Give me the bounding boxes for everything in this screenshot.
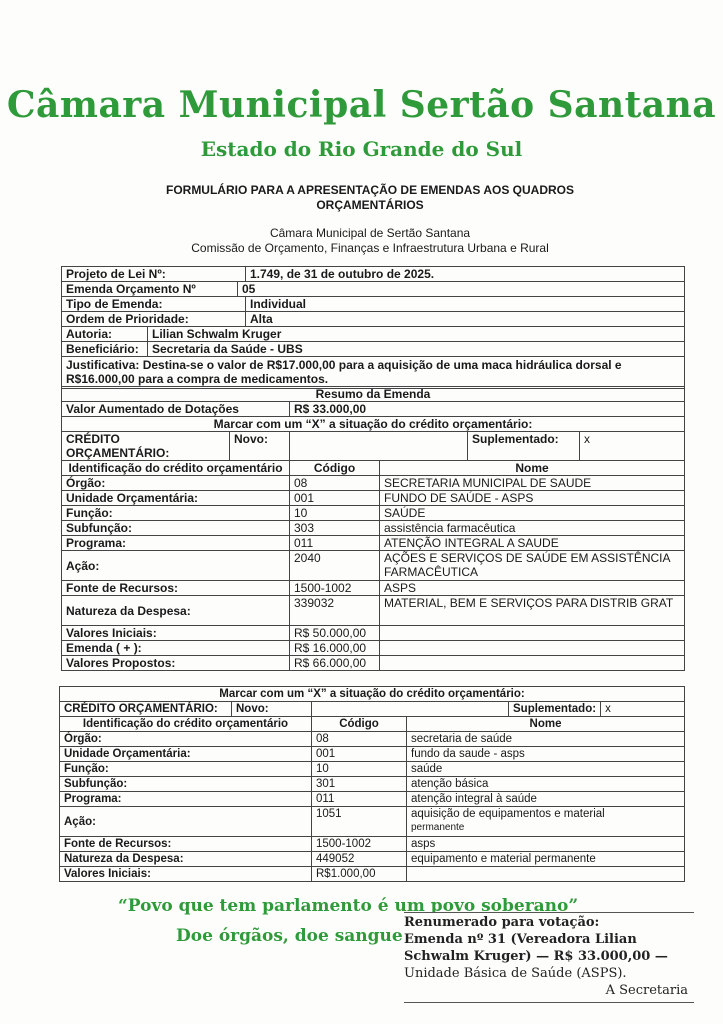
ordem-value: Alta [246, 312, 685, 327]
row-codigo: 303 [290, 521, 380, 536]
row-label: Função: [62, 506, 290, 521]
suplementado-label: Suplementado: [509, 702, 601, 717]
table-row: Marcar com um “X” a situação do crédito … [60, 687, 685, 702]
stamp-line3: Schwalm Kruger) — R$ 33.000,00 — [404, 948, 694, 965]
autoria-value: Lilian Schwalm Kruger [148, 327, 685, 342]
table-row: Justificativa: Destina-se o valor de R$1… [62, 357, 685, 389]
novo-checkbox[interactable] [312, 702, 509, 717]
row-nome [407, 867, 685, 882]
row-label: Emenda ( + ): [62, 641, 290, 656]
row-codigo: R$ 16.000,00 [290, 641, 380, 656]
row-nome: aquisição de equipamentos e materialperm… [407, 807, 685, 837]
table-row: Valor Aumentado de Dotações R$ 33.000,00 [62, 402, 685, 417]
row-label: Natureza da Despesa: [60, 852, 312, 867]
stamp-line2: Emenda nº 31 (Vereadora Lilian [404, 931, 694, 948]
motto-line2: Doe órgãos, doe sangue: [176, 926, 409, 946]
row-nome-line1: aquisição de equipamentos e material [411, 807, 680, 821]
row-label: Subfunção: [62, 521, 290, 536]
row-nome [380, 656, 685, 671]
col-nome-header: Nome [380, 461, 685, 476]
form-title: FORMULÁRIO PARA A APRESENTAÇÃO DE EMENDA… [150, 183, 590, 213]
form-title-line1: FORMULÁRIO PARA A APRESENTAÇÃO DE EMENDA… [150, 183, 590, 198]
table-row: Subfunção:303assistência farmacêutica [62, 521, 685, 536]
row-codigo: R$ 50.000,00 [290, 626, 380, 641]
chamber-title: Câmara Municipal Sertão Santana [0, 84, 723, 126]
row-label: Ação: [60, 807, 312, 837]
col-ident-header: Identificação do crédito orçamentário [62, 461, 290, 476]
stamp-divider [404, 1002, 694, 1003]
row-codigo: R$ 66.000,00 [290, 656, 380, 671]
row-label: Valores Iniciais: [60, 867, 312, 882]
amendment-info-table: Projeto de Lei Nº: 1.749, de 31 de outub… [61, 266, 685, 389]
row-codigo: 011 [312, 792, 407, 807]
state-subtitle: Estado do Rio Grande do Sul [0, 137, 723, 161]
row-nome: ATENÇÃO INTEGRAL A SAUDE [380, 536, 685, 551]
row-label: Unidade Orçamentária: [62, 491, 290, 506]
row-codigo: 011 [290, 536, 380, 551]
suplementado-label: Suplementado: [468, 432, 580, 461]
row-codigo: 10 [312, 762, 407, 777]
row-nome: SAÚDE [380, 506, 685, 521]
credito-label: CRÉDITO ORÇAMENTÁRIO: [62, 432, 230, 461]
table-row: Natureza da Despesa:449052equipamento e … [60, 852, 685, 867]
row-label: Valores Propostos: [62, 656, 290, 671]
credit-table-1: Resumo da Emenda Valor Aumentado de Dota… [61, 386, 685, 671]
row-nome: fundo da saude - asps [407, 747, 685, 762]
row-codigo: R$1.000,00 [312, 867, 407, 882]
row-nome: assistência farmacêutica [380, 521, 685, 536]
autoria-label: Autoria: [62, 327, 148, 342]
row-nome: atenção integral à saúde [407, 792, 685, 807]
resumo-title: Resumo da Emenda [62, 387, 685, 402]
form-title-line2: ORÇAMENTÁRIOS [150, 198, 590, 213]
row-nome: FUNDO DE SAÚDE - ASPS [380, 491, 685, 506]
projeto-value: 1.749, de 31 de outubro de 2025. [246, 267, 685, 282]
table-row: Fonte de Recursos:1500-1002asps [60, 837, 685, 852]
table-row: Autoria: Lilian Schwalm Kruger [62, 327, 685, 342]
novo-checkbox[interactable] [290, 432, 468, 461]
row-nome-line2: permanente [411, 821, 680, 835]
row-codigo: 1051 [312, 807, 407, 837]
table-row: Tipo de Emenda: Individual [62, 297, 685, 312]
committee-name: Comissão de Orçamento, Finanças e Infrae… [140, 241, 600, 256]
suplementado-checkbox[interactable]: x [601, 702, 685, 717]
table-row: Identificação do crédito orçamentário Có… [62, 461, 685, 476]
row-codigo: 001 [312, 747, 407, 762]
row-codigo: 2040 [290, 551, 380, 581]
col-nome-header: Nome [407, 717, 685, 732]
col-codigo-header: Código [290, 461, 380, 476]
novo-label: Novo: [230, 432, 290, 461]
credito-label: CRÉDITO ORÇAMENTÁRIO: [60, 702, 232, 717]
table-row: Resumo da Emenda [62, 387, 685, 402]
row-nome: MATERIAL, BEM E SERVIÇOS PARA DISTRIB GR… [380, 596, 685, 626]
row-codigo: 001 [290, 491, 380, 506]
table-row: Identificação do crédito orçamentário Có… [60, 717, 685, 732]
tipo-label: Tipo de Emenda: [62, 297, 246, 312]
table-row: Valores Iniciais:R$ 50.000,00 [62, 626, 685, 641]
row-label: Órgão: [62, 476, 290, 491]
row-nome: equipamento e material permanente [407, 852, 685, 867]
emenda-value: 05 [238, 282, 685, 297]
table-row: CRÉDITO ORÇAMENTÁRIO: Novo: Suplementado… [62, 432, 685, 461]
row-codigo: 1500-1002 [290, 581, 380, 596]
row-codigo: 10 [290, 506, 380, 521]
row-nome: atenção básica [407, 777, 685, 792]
valor-aumentado-label: Valor Aumentado de Dotações [62, 402, 290, 417]
table-row: Ação:2040AÇÕES E SERVIÇOS DE SAÚDE EM AS… [62, 551, 685, 581]
row-codigo: 339032 [290, 596, 380, 626]
row-label: Valores Iniciais: [62, 626, 290, 641]
table-row: Órgão:08SECRETARIA MUNICIPAL DE SAUDE [62, 476, 685, 491]
row-label: Programa: [60, 792, 312, 807]
organization-block: Câmara Municipal de Sertão Santana Comis… [140, 226, 600, 256]
row-codigo: 301 [312, 777, 407, 792]
row-nome: AÇÕES E SERVIÇOS DE SAÚDE EM ASSISTÊNCIA… [380, 551, 685, 581]
stamp-signature: A Secretaria [404, 982, 694, 999]
row-codigo: 1500-1002 [312, 837, 407, 852]
table-row: Emenda Orçamento Nº 05 [62, 282, 685, 297]
table-row: Valores Propostos:R$ 66.000,00 [62, 656, 685, 671]
table-row: Função:10saúde [60, 762, 685, 777]
instruction-2: Marcar com um “X” a situação do crédito … [60, 687, 685, 702]
stamp-divider [404, 912, 694, 913]
row-nome: SECRETARIA MUNICIPAL DE SAUDE [380, 476, 685, 491]
row-label: Unidade Orçamentária: [60, 747, 312, 762]
table-row: Subfunção:301atenção básica [60, 777, 685, 792]
row-codigo: 449052 [312, 852, 407, 867]
table-row: Fonte de Recursos:1500-1002ASPS [62, 581, 685, 596]
row-label: Ação: [62, 551, 290, 581]
row-label: Função: [60, 762, 312, 777]
table-row: CRÉDITO ORÇAMENTÁRIO: Novo: Suplementado… [60, 702, 685, 717]
stamp-line1: Renumerado para votação: [404, 914, 694, 931]
table-row: Programa:011atenção integral à saúde [60, 792, 685, 807]
table-row: Ordem de Prioridade: Alta [62, 312, 685, 327]
row-label: Natureza da Despesa: [62, 596, 290, 626]
row-nome: secretaria de saúde [407, 732, 685, 747]
row-codigo: 08 [290, 476, 380, 491]
instruction-1: Marcar com um “X” a situação do crédito … [62, 417, 685, 432]
table-row: Valores Iniciais:R$1.000,00 [60, 867, 685, 882]
col-codigo-header: Código [312, 717, 407, 732]
stamp-line4: Unidade Básica de Saúde (ASPS). [404, 965, 694, 982]
row-nome: saúde [407, 762, 685, 777]
row-label: Fonte de Recursos: [62, 581, 290, 596]
row-nome [380, 641, 685, 656]
row-nome [380, 626, 685, 641]
row-label: Subfunção: [60, 777, 312, 792]
suplementado-checkbox[interactable]: x [580, 432, 685, 461]
row-label: Fonte de Recursos: [60, 837, 312, 852]
beneficiario-label: Beneficiário: [62, 342, 148, 357]
table-row: Projeto de Lei Nº: 1.749, de 31 de outub… [62, 267, 685, 282]
projeto-label: Projeto de Lei Nº: [62, 267, 246, 282]
valor-aumentado-value: R$ 33.000,00 [290, 402, 685, 417]
row-label: Programa: [62, 536, 290, 551]
row-nome: asps [407, 837, 685, 852]
table-row: Natureza da Despesa:339032MATERIAL, BEM … [62, 596, 685, 626]
table-row: Órgão:08secretaria de saúde [60, 732, 685, 747]
row-codigo: 08 [312, 732, 407, 747]
org-name: Câmara Municipal de Sertão Santana [140, 226, 600, 241]
table-row: Programa:011ATENÇÃO INTEGRAL A SAUDE [62, 536, 685, 551]
row-label: Órgão: [60, 732, 312, 747]
row-nome: ASPS [380, 581, 685, 596]
table-row: Função:10SAÚDE [62, 506, 685, 521]
table-row: Beneficiário: Secretaria da Saúde - UBS [62, 342, 685, 357]
credit-table-2: Marcar com um “X” a situação do crédito … [59, 686, 685, 882]
justificativa: Justificativa: Destina-se o valor de R$1… [62, 357, 685, 389]
table-row: Unidade Orçamentária:001fundo da saude -… [60, 747, 685, 762]
renumbering-stamp: Renumerado para votação: Emenda nº 31 (V… [404, 912, 694, 1003]
tipo-value: Individual [246, 297, 685, 312]
col-ident-header: Identificação do crédito orçamentário [60, 717, 312, 732]
emenda-label: Emenda Orçamento Nº [62, 282, 238, 297]
ordem-label: Ordem de Prioridade: [62, 312, 246, 327]
table-row: Ação:1051aquisição de equipamentos e mat… [60, 807, 685, 837]
table-row: Unidade Orçamentária:001FUNDO DE SAÚDE -… [62, 491, 685, 506]
novo-label: Novo: [232, 702, 312, 717]
table-row: Emenda ( + ):R$ 16.000,00 [62, 641, 685, 656]
table-row: Marcar com um “X” a situação do crédito … [62, 417, 685, 432]
beneficiario-value: Secretaria da Saúde - UBS [148, 342, 685, 357]
